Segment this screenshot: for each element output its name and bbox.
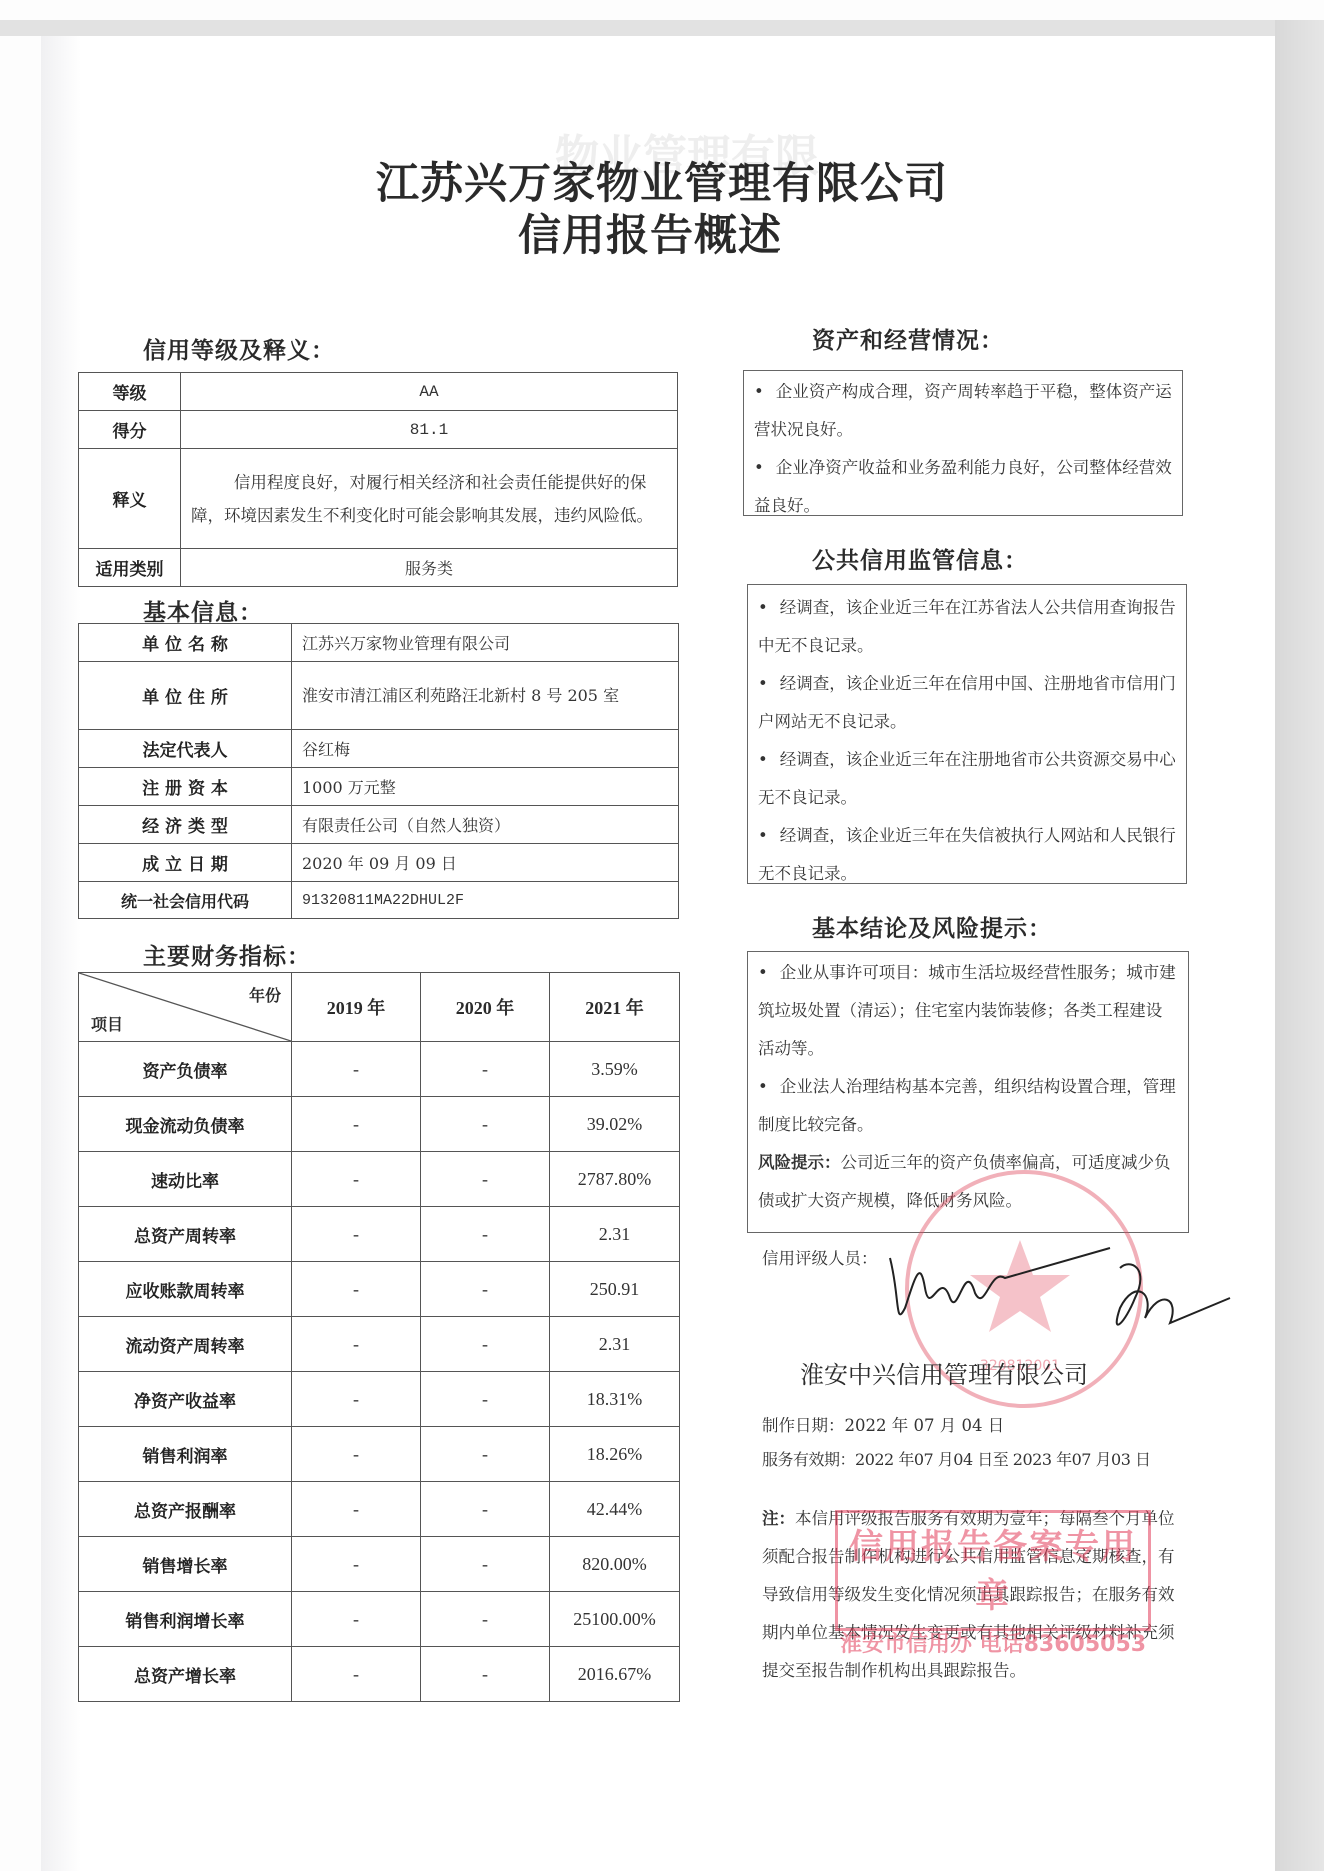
table-row: 现金流动负债率--39.02% [79,1097,680,1152]
registered-capital-label: 注 册 资 本 [79,768,292,806]
table-header-row: 年份 项目 2019 年 2020 年 2021 年 [79,973,680,1042]
cell-2020: - [421,1097,550,1152]
assets-operations-box: •企业资产构成合理，资产周转率趋于平稳，整体资产运营状况良好。 •企业净资产收益… [743,370,1183,516]
list-item: •企业资产构成合理，资产周转率趋于平稳，整体资产运营状况良好。 [754,373,1172,449]
bullet-icon: • [758,1077,768,1096]
address-value: 淮安市清江浦区利苑路汪北新村 8 号 205 室 [292,662,679,730]
financials-heading: 主要财务指标： [143,938,311,971]
cell-2020: - [421,1647,550,1702]
document-subtitle: 信用报告概述 [0,202,1312,263]
cell-2019: - [292,1372,421,1427]
table-row: 流动资产周转率--2.31 [79,1317,680,1372]
cell-2020: - [421,1317,550,1372]
cell-2020: - [421,1592,550,1647]
table-row: 经 济 类 型 有限责任公司（自然人独资） [79,806,679,844]
credit-code-value: 91320811MA22DHUL2F [292,882,679,919]
list-item: •企业净资产收益和业务盈利能力良好，公司整体经营效益良好。 [754,449,1172,525]
bullet-icon: • [758,963,768,982]
public-credit-box: •经调查，该企业近三年在江苏省法人公共信用查询报告中无不良记录。 •经调查，该企… [747,584,1187,884]
cell-2019: - [292,1262,421,1317]
cell-2021: 2.31 [550,1207,680,1262]
cell-2020: - [421,1372,550,1427]
cell-2020: - [421,1262,550,1317]
cell-2020: - [421,1482,550,1537]
cell-2019: - [292,1207,421,1262]
category-value: 服务类 [181,549,678,587]
score-value: 81.1 [181,411,678,449]
cell-2021: 820.00% [550,1537,680,1592]
list-item: •企业从事许可项目：城市生活垃圾经营性服务；城市建筑垃圾处置（清运）；住宅室内装… [758,954,1178,1068]
row-label: 资产负债率 [79,1042,292,1097]
legal-rep-value: 谷红梅 [292,730,679,768]
table-row: 销售增长率--820.00% [79,1537,680,1592]
risk-label: 风险提示： [758,1153,841,1172]
scan-top-edge [0,20,1324,36]
year-header-2021: 2021 年 [550,973,680,1042]
table-row: 法定代表人 谷红梅 [79,730,679,768]
table-row: 总资产增长率--2016.67% [79,1647,680,1702]
table-row: 成 立 日 期 2020 年 09 月 09 日 [79,844,679,882]
credit-rating-table: 等级 AA 得分 81.1 释义 信用程度良好，对履行相关经济和社会责任能提供好… [78,372,678,587]
legal-rep-label: 法定代表人 [79,730,292,768]
cell-2019: - [292,1537,421,1592]
table-row: 单 位 住 所 淮安市清江浦区利苑路汪北新村 8 号 205 室 [79,662,679,730]
bullet-icon: • [754,458,764,477]
cell-2020: - [421,1207,550,1262]
table-row: 得分 81.1 [79,411,678,449]
public-credit-heading: 公共信用监管信息： [812,542,1028,575]
rater-label: 信用评级人员： [762,1245,878,1269]
valid-period-label: 服务有效期： [762,1450,855,1469]
list-item: •经调查，该企业近三年在信用中国、注册地省市信用门户网站无不良记录。 [758,665,1176,741]
registered-capital-value: 1000 万元整 [292,768,679,806]
economic-type-label: 经 济 类 型 [79,806,292,844]
cell-2021: 42.44% [550,1482,680,1537]
table-row: 销售利润率--18.26% [79,1427,680,1482]
row-label: 应收账款周转率 [79,1262,292,1317]
cell-2019: - [292,1317,421,1372]
cell-2019: - [292,1647,421,1702]
row-label: 流动资产周转率 [79,1317,292,1372]
table-row: 总资产周转率--2.31 [79,1207,680,1262]
bullet-icon: • [758,674,768,693]
grade-value: AA [181,373,678,411]
table-row: 适用类别 服务类 [79,549,678,587]
list-item: •企业法人治理结构基本完善，组织结构设置合理，管理制度比较完备。 [758,1068,1178,1144]
list-item: •经调查，该企业近三年在失信被执行人网站和人民银行无不良记录。 [758,817,1176,893]
cell-2021: 25100.00% [550,1592,680,1647]
list-item: •经调查，该企业近三年在注册地省市公共资源交易中心无不良记录。 [758,741,1176,817]
row-label: 销售增长率 [79,1537,292,1592]
row-label: 销售利润率 [79,1427,292,1482]
established-date-value: 2020 年 09 月 09 日 [292,844,679,882]
bullet-icon: • [758,750,768,769]
assets-operations-heading: 资产和经营情况： [812,322,1004,355]
row-label: 销售利润增长率 [79,1592,292,1647]
year-header-2020: 2020 年 [421,973,550,1042]
table-row: 净资产收益率--18.31% [79,1372,680,1427]
cell-2021: 39.02% [550,1097,680,1152]
financials-table: 年份 项目 2019 年 2020 年 2021 年 资产负债率--3.59% … [78,972,680,1702]
established-date-label: 成 立 日 期 [79,844,292,882]
table-row: 统一社会信用代码 91320811MA22DHUL2F [79,882,679,919]
cell-2021: 18.26% [550,1427,680,1482]
bullet-icon: • [758,598,768,617]
table-row: 销售利润增长率--25100.00% [79,1592,680,1647]
category-label: 适用类别 [79,549,181,587]
table-row: 释义 信用程度良好，对履行相关经济和社会责任能提供好的保障，环境因素发生不利变化… [79,449,678,549]
address-label: 单 位 住 所 [79,662,292,730]
definition-label: 释义 [79,449,181,549]
made-date-label: 制作日期： [762,1416,845,1435]
corner-item-label: 项目 [91,1012,123,1035]
table-row: 注 册 资 本 1000 万元整 [79,768,679,806]
table-row: 单 位 名 称 江苏兴万家物业管理有限公司 [79,624,679,662]
note-label: 注： [762,1509,795,1528]
cell-2019: - [292,1592,421,1647]
row-label: 总资产报酬率 [79,1482,292,1537]
cell-2021: 2787.80% [550,1152,680,1207]
scan-right-edge [1275,20,1324,1871]
table-row: 等级 AA [79,373,678,411]
cell-2021: 2.31 [550,1317,680,1372]
economic-type-value: 有限责任公司（自然人独资） [292,806,679,844]
agency-name: 淮安中兴信用管理有限公司 [800,1355,1088,1390]
row-label: 净资产收益率 [79,1372,292,1427]
basic-info-table: 单 位 名 称 江苏兴万家物业管理有限公司 单 位 住 所 淮安市清江浦区利苑路… [78,623,679,919]
table-row: 资产负债率--3.59% [79,1042,680,1097]
credit-rating-heading: 信用等级及释义： [143,332,335,365]
table-row: 应收账款周转率--250.91 [79,1262,680,1317]
company-name-value: 江苏兴万家物业管理有限公司 [292,624,679,662]
valid-period-value: 2022 年07 月04 日至 2023 年07 月03 日 [855,1450,1150,1469]
cell-2021: 18.31% [550,1372,680,1427]
cell-2019: - [292,1427,421,1482]
cell-2019: - [292,1152,421,1207]
cell-2021: 250.91 [550,1262,680,1317]
cell-2019: - [292,1042,421,1097]
cell-2020: - [421,1427,550,1482]
table-row: 总资产报酬率--42.44% [79,1482,680,1537]
corner-year-label: 年份 [249,983,281,1006]
row-label: 现金流动负债率 [79,1097,292,1152]
cell-2019: - [292,1097,421,1152]
cell-2019: - [292,1482,421,1537]
credit-code-label: 统一社会信用代码 [79,882,292,919]
grade-label: 等级 [79,373,181,411]
cell-2020: - [421,1152,550,1207]
cell-2020: - [421,1042,550,1097]
bullet-icon: • [758,826,768,845]
cell-2021: 3.59% [550,1042,680,1097]
definition-value: 信用程度良好，对履行相关经济和社会责任能提供好的保障，环境因素发生不利变化时可能… [181,449,678,549]
signature-icon [880,1238,1240,1348]
table-row: 速动比率--2787.80% [79,1152,680,1207]
list-item: •经调查，该企业近三年在江苏省法人公共信用查询报告中无不良记录。 [758,589,1176,665]
made-date-value: 2022 年 07 月 04 日 [845,1416,1005,1435]
filing-stamp: 信用报告备案专用章 淮安市信用办 电话83605053 [835,1510,1151,1631]
year-header-2019: 2019 年 [292,973,421,1042]
cell-2020: - [421,1537,550,1592]
valid-period-line: 服务有效期：2022 年07 月04 日至 2023 年07 月03 日 [762,1447,1151,1470]
cell-2021: 2016.67% [550,1647,680,1702]
corner-cell: 年份 项目 [79,973,292,1042]
row-label: 速动比率 [79,1152,292,1207]
company-name-label: 单 位 名 称 [79,624,292,662]
score-label: 得分 [79,411,181,449]
bullet-icon: • [754,382,764,401]
row-label: 总资产周转率 [79,1207,292,1262]
row-label: 总资产增长率 [79,1647,292,1702]
made-date-line: 制作日期：2022 年 07 月 04 日 [762,1412,1004,1436]
conclusion-heading: 基本结论及风险提示： [812,910,1052,943]
